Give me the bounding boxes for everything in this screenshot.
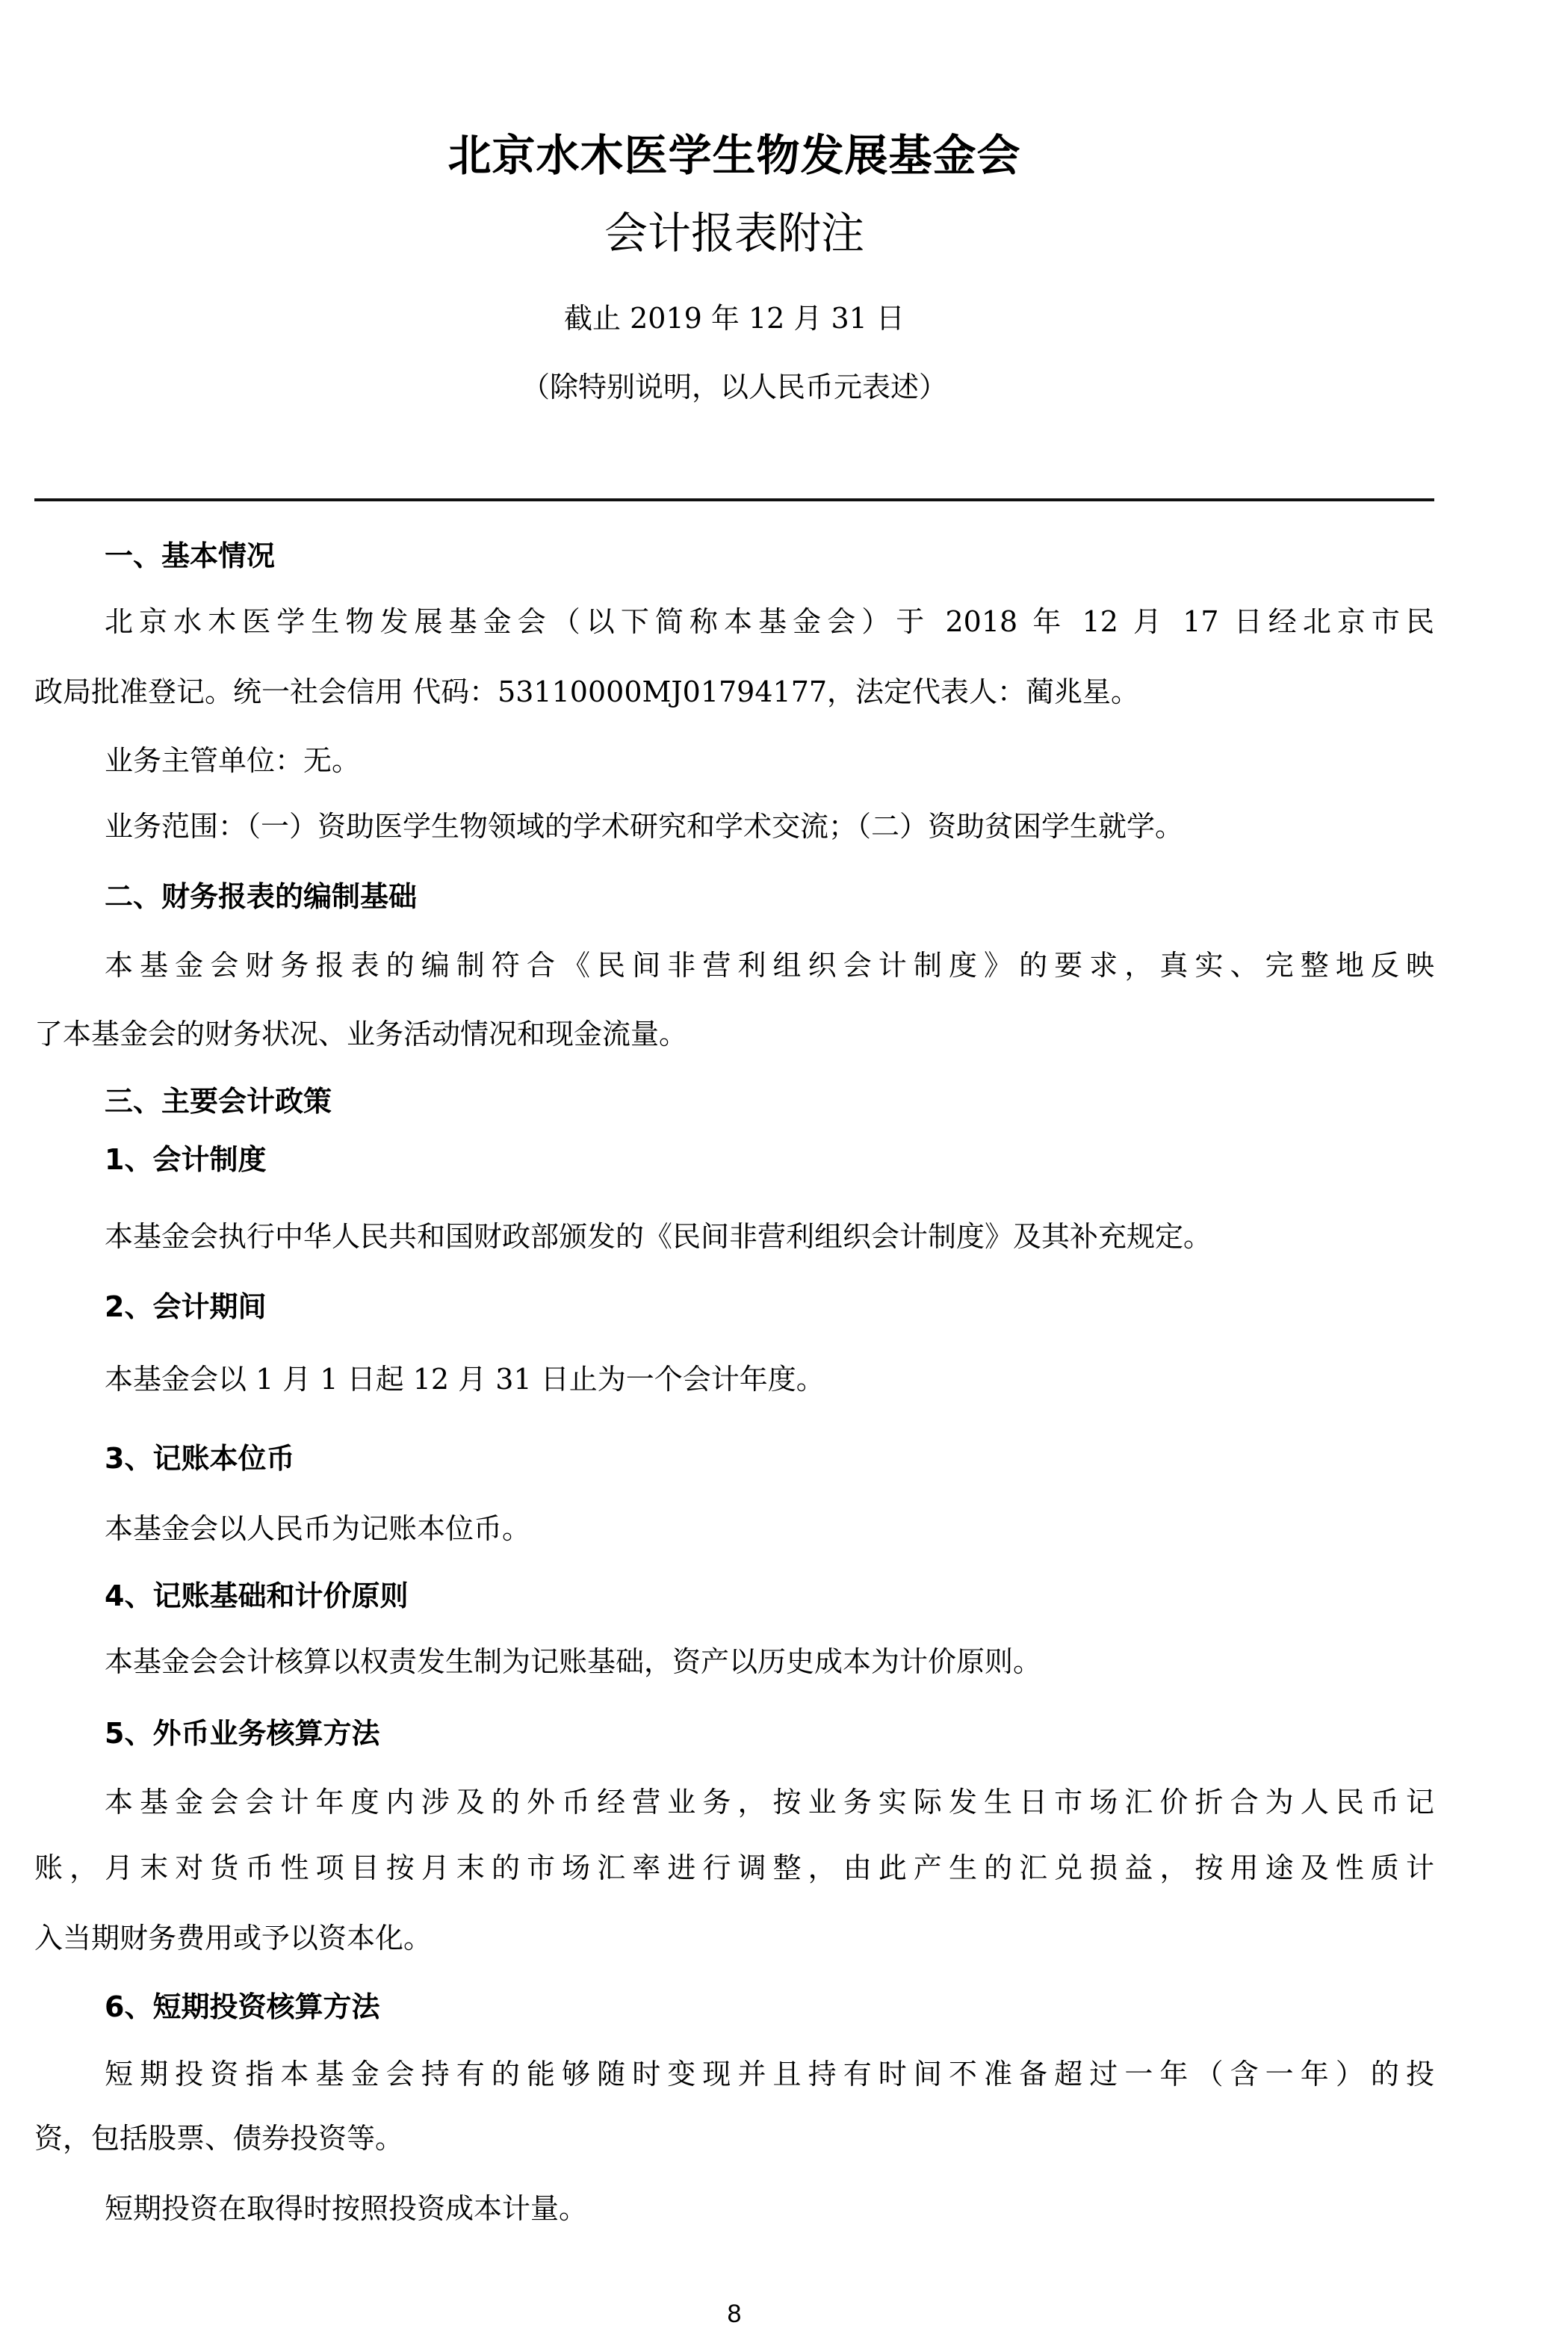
currency-note: （除特别说明，以人民币元表述） xyxy=(0,366,1469,408)
subheading-short-term-investment: 6、短期投资核算方法 xyxy=(105,1986,1434,2028)
paragraph-business-scope: 业务范围：（一）资助医学生物领域的学术研究和学术交流；（二）资助贫困学生就学。 xyxy=(105,805,1434,847)
paragraph-line: 短期投资指本基金会持有的能够随时变现并且持有时间不准备超过一年（含一年）的投 xyxy=(105,2053,1434,2095)
paragraph-line: 了本基金会的财务状况、业务活动情况和现金流量。 xyxy=(34,1013,1434,1055)
page-number: 8 xyxy=(0,2295,1469,2333)
section-heading-basic-info: 一、基本情况 xyxy=(105,535,1434,577)
paragraph-supervisor: 业务主管单位：无。 xyxy=(105,740,1434,782)
paragraph-accounting-basis: 本基金会会计核算以权责发生制为记账基础，资产以历史成本为计价原则。 xyxy=(105,1641,1434,1683)
paragraph-line: 北京水木医学生物发展基金会（以下简称本基金会）于 2018 年 12 月 17 … xyxy=(105,601,1434,643)
subheading-accounting-period: 2、会计期间 xyxy=(105,1286,1434,1328)
paragraph-functional-currency: 本基金会以人民币为记账本位币。 xyxy=(105,1508,1434,1550)
paragraph-accounting-system: 本基金会执行中华人民共和国财政部颁发的《民间非营利组织会计制度》及其补充规定。 xyxy=(105,1216,1434,1257)
subheading-functional-currency: 3、记账本位币 xyxy=(105,1437,1434,1479)
subheading-accounting-system: 1、会计制度 xyxy=(105,1139,1434,1180)
organization-title: 北京水木医学生物发展基金会 xyxy=(0,126,1469,185)
paragraph-line: 本基金会财务报表的编制符合《民间非营利组织会计制度》的要求，真实、完整地反映 xyxy=(105,944,1434,986)
section-heading-preparation-basis: 二、财务报表的编制基础 xyxy=(105,876,1434,917)
paragraph-line: 资，包括股票、债券投资等。 xyxy=(34,2117,1434,2159)
report-date: 截止 2019 年 12 月 31 日 xyxy=(0,297,1469,339)
paragraph-accounting-period: 本基金会以 1 月 1 日起 12 月 31 日止为一个会计年度。 xyxy=(105,1358,1434,1400)
subheading-accounting-basis: 4、记账基础和计价原则 xyxy=(105,1575,1434,1617)
subheading-foreign-currency: 5、外币业务核算方法 xyxy=(105,1712,1434,1754)
paragraph-line: 入当期财务费用或予以资本化。 xyxy=(34,1917,1434,1959)
paragraph-line: 本基金会会计年度内涉及的外币经营业务，按业务实际发生日市场汇价折合为人民币记 xyxy=(105,1781,1434,1823)
section-heading-accounting-policies: 三、主要会计政策 xyxy=(105,1080,1434,1122)
paragraph-line: 短期投资在取得时按照投资成本计量。 xyxy=(105,2188,1434,2229)
document-title: 会计报表附注 xyxy=(0,203,1469,263)
paragraph-line: 政局批准登记。统一社会信用 代码：53110000MJ01794177，法定代表… xyxy=(34,671,1434,713)
paragraph-line: 账，月末对货币性项目按月末的市场汇率进行调整，由此产生的汇兑损益，按用途及性质计 xyxy=(34,1847,1434,1889)
header-divider xyxy=(34,498,1434,501)
